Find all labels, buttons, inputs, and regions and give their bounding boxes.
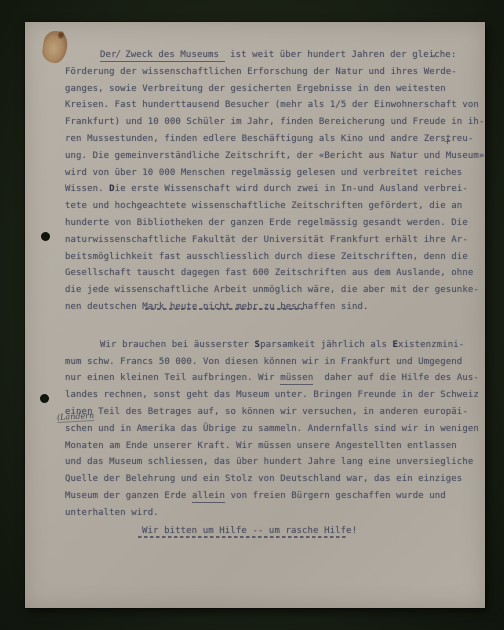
typed-line: Kreisen. Fast hunderttausend Besucher (m… xyxy=(65,97,481,114)
typed-line: ung. Die gemeinverständliche Zeitschrift… xyxy=(65,148,481,165)
typed-text: nen deutschen Mark heute nicht mehr zu b… xyxy=(65,302,369,312)
typed-text: wird von über 10 000 Menschen regelmässi… xyxy=(65,168,462,178)
underlined-typed-text: müssen xyxy=(280,373,313,385)
typed-text: ist weit über hundert Jahren der gleiche… xyxy=(225,50,457,60)
punch-hole-top xyxy=(41,232,50,241)
typed-line: beitsmöglichkeit fast ausschliesslich du… xyxy=(65,249,481,266)
typed-line: Frankfurt) und 10 000 Schüler im Jahr, f… xyxy=(65,114,481,131)
typed-text: und das Museum schliessen, das über hund… xyxy=(65,457,473,467)
typed-line: Der/ Zweck des Museums ist weit über hun… xyxy=(65,47,481,64)
typed-line: Museum der ganzen Erde allein von freien… xyxy=(65,488,481,505)
typed-text: xistenzmini- xyxy=(398,340,464,350)
typed-text: beitsmöglichkeit fast ausschliesslich du… xyxy=(65,252,468,262)
typed-text: naturwissenschaftliche Fakultät der Univ… xyxy=(65,235,468,245)
photograph-background: { "meta": { "background_color": "#1a2114… xyxy=(0,0,504,630)
typed-line: und das Museum schliessen, das über hund… xyxy=(65,454,481,471)
typed-text: Quelle der Belehrung und ein Stolz von D… xyxy=(65,474,462,484)
typed-line: die jede wissenschaftliche Arbeit unmögl… xyxy=(65,282,481,299)
punch-hole-bottom xyxy=(40,394,49,403)
typed-line: Gesellschaft tauscht dagegen fast 600 Ze… xyxy=(65,265,481,282)
typed-text: Wir bitten um Hilfe -- um rasche Hilfe! xyxy=(142,526,357,536)
typed-text: parsamkeit jährlich als xyxy=(260,340,392,350)
typed-line: Wir bitten um Hilfe -- um rasche Hilfe! xyxy=(65,523,481,540)
typed-text: Förderung der wissenschaftlichen Erforsc… xyxy=(65,67,457,77)
typed-text: ung. Die gemeinverständliche Zeitschrift… xyxy=(65,151,484,161)
typed-text: ren Mussestunden, finden edlere Beschäft… xyxy=(65,134,473,144)
typed-line: Monaten am Ende unserer Kraft. Wir müsse… xyxy=(65,438,481,455)
typed-line: tete und hochgeachtete wissenschaftliche… xyxy=(65,198,481,215)
typed-text: nur einen kleinen Teil aufbringen. Wir xyxy=(65,373,280,383)
typed-text: schen und in Amerika das Übrige zu samme… xyxy=(65,424,479,434)
typed-text: ganges, sowie Verbreitung der gesicherte… xyxy=(65,84,446,94)
typed-line: nur einen kleinen Teil aufbringen. Wir m… xyxy=(65,370,481,387)
typed-line: ganges, sowie Verbreitung der gesicherte… xyxy=(65,81,481,98)
typed-line: naturwissenschaftliche Fakultät der Univ… xyxy=(65,232,481,249)
typed-text: Monaten am Ende unserer Kraft. Wir müsse… xyxy=(65,441,457,451)
typed-text: Kreisen. Fast hunderttausend Besucher (m… xyxy=(65,100,479,110)
typed-line: Wissen. Die erste Wissenschaft wird durc… xyxy=(65,181,481,198)
typed-text: ie erste Wissenschaft wird durch zwei in… xyxy=(115,184,468,194)
underlined-typed-text: allein xyxy=(192,491,225,503)
typed-text: daher auf die Hilfe des Aus- xyxy=(313,373,479,383)
typed-text: Frankfurt) und 10 000 Schüler im Jahr, f… xyxy=(65,117,484,127)
typed-text: Wir brauchen bei äusserster xyxy=(100,340,255,350)
handwritten-quote-mark: " xyxy=(432,54,436,63)
typed-line: mum schw. Francs 50 000. Von diesen könn… xyxy=(65,354,481,371)
typed-line: Förderung der wissenschaftlichen Erforsc… xyxy=(65,64,481,81)
typed-text: landes rechnen, sonst geht das Museum un… xyxy=(65,390,479,400)
typed-line: schen und in Amerika das Übrige zu samme… xyxy=(65,421,481,438)
typed-text: unterhalten wird. xyxy=(65,508,159,518)
underlined-typed-text: Der xyxy=(100,50,117,62)
typed-text: mum schw. Francs 50 000. Von diesen könn… xyxy=(65,357,462,367)
typed-text: von freien Bürgern geschaffen wurde und xyxy=(225,491,446,501)
typed-text: einen Teil des Betrages auf, so können w… xyxy=(65,407,468,417)
typewritten-text-block: Der/ Zweck des Museums ist weit über hun… xyxy=(65,47,481,538)
typed-line: einen Teil des Betrages auf, so können w… xyxy=(65,404,481,421)
typed-line: wird von über 10 000 Menschen regelmässi… xyxy=(65,165,481,182)
typed-text: Museum der ganzen Erde xyxy=(65,491,192,501)
typed-line: landes rechnen, sonst geht das Museum un… xyxy=(65,387,481,404)
typed-text: die jede wissenschaftliche Arbeit unmögl… xyxy=(65,285,479,295)
typed-text: Gesellschaft tauscht dagegen fast 600 Ze… xyxy=(65,268,473,278)
typed-text: Wissen. xyxy=(65,184,109,194)
typed-text: hunderte von Bibliotheken der ganzen Erd… xyxy=(65,218,468,228)
handwritten-annotation: (Ländern xyxy=(57,411,95,423)
typed-line: ren Mussestunden, finden edlere Beschäft… xyxy=(65,131,481,148)
typed-line: nen deutschen Mark heute nicht mehr zu b… xyxy=(65,299,481,316)
handwritten-plus-mark: + xyxy=(444,137,451,146)
typed-line: Quelle der Belehrung und ein Stolz von D… xyxy=(65,471,481,488)
typed-line: unterhalten wird. xyxy=(65,505,481,522)
document-page: Der/ Zweck des Museums ist weit über hun… xyxy=(25,22,485,608)
typed-text: tete und hochgeachtete wissenschaftliche… xyxy=(65,201,462,211)
typed-line: Wir brauchen bei äusserster Sparsamkeit … xyxy=(65,337,481,354)
underlined-typed-text: Zweck des Museums xyxy=(120,50,225,62)
typed-line: hunderte von Bibliotheken der ganzen Erd… xyxy=(65,215,481,232)
